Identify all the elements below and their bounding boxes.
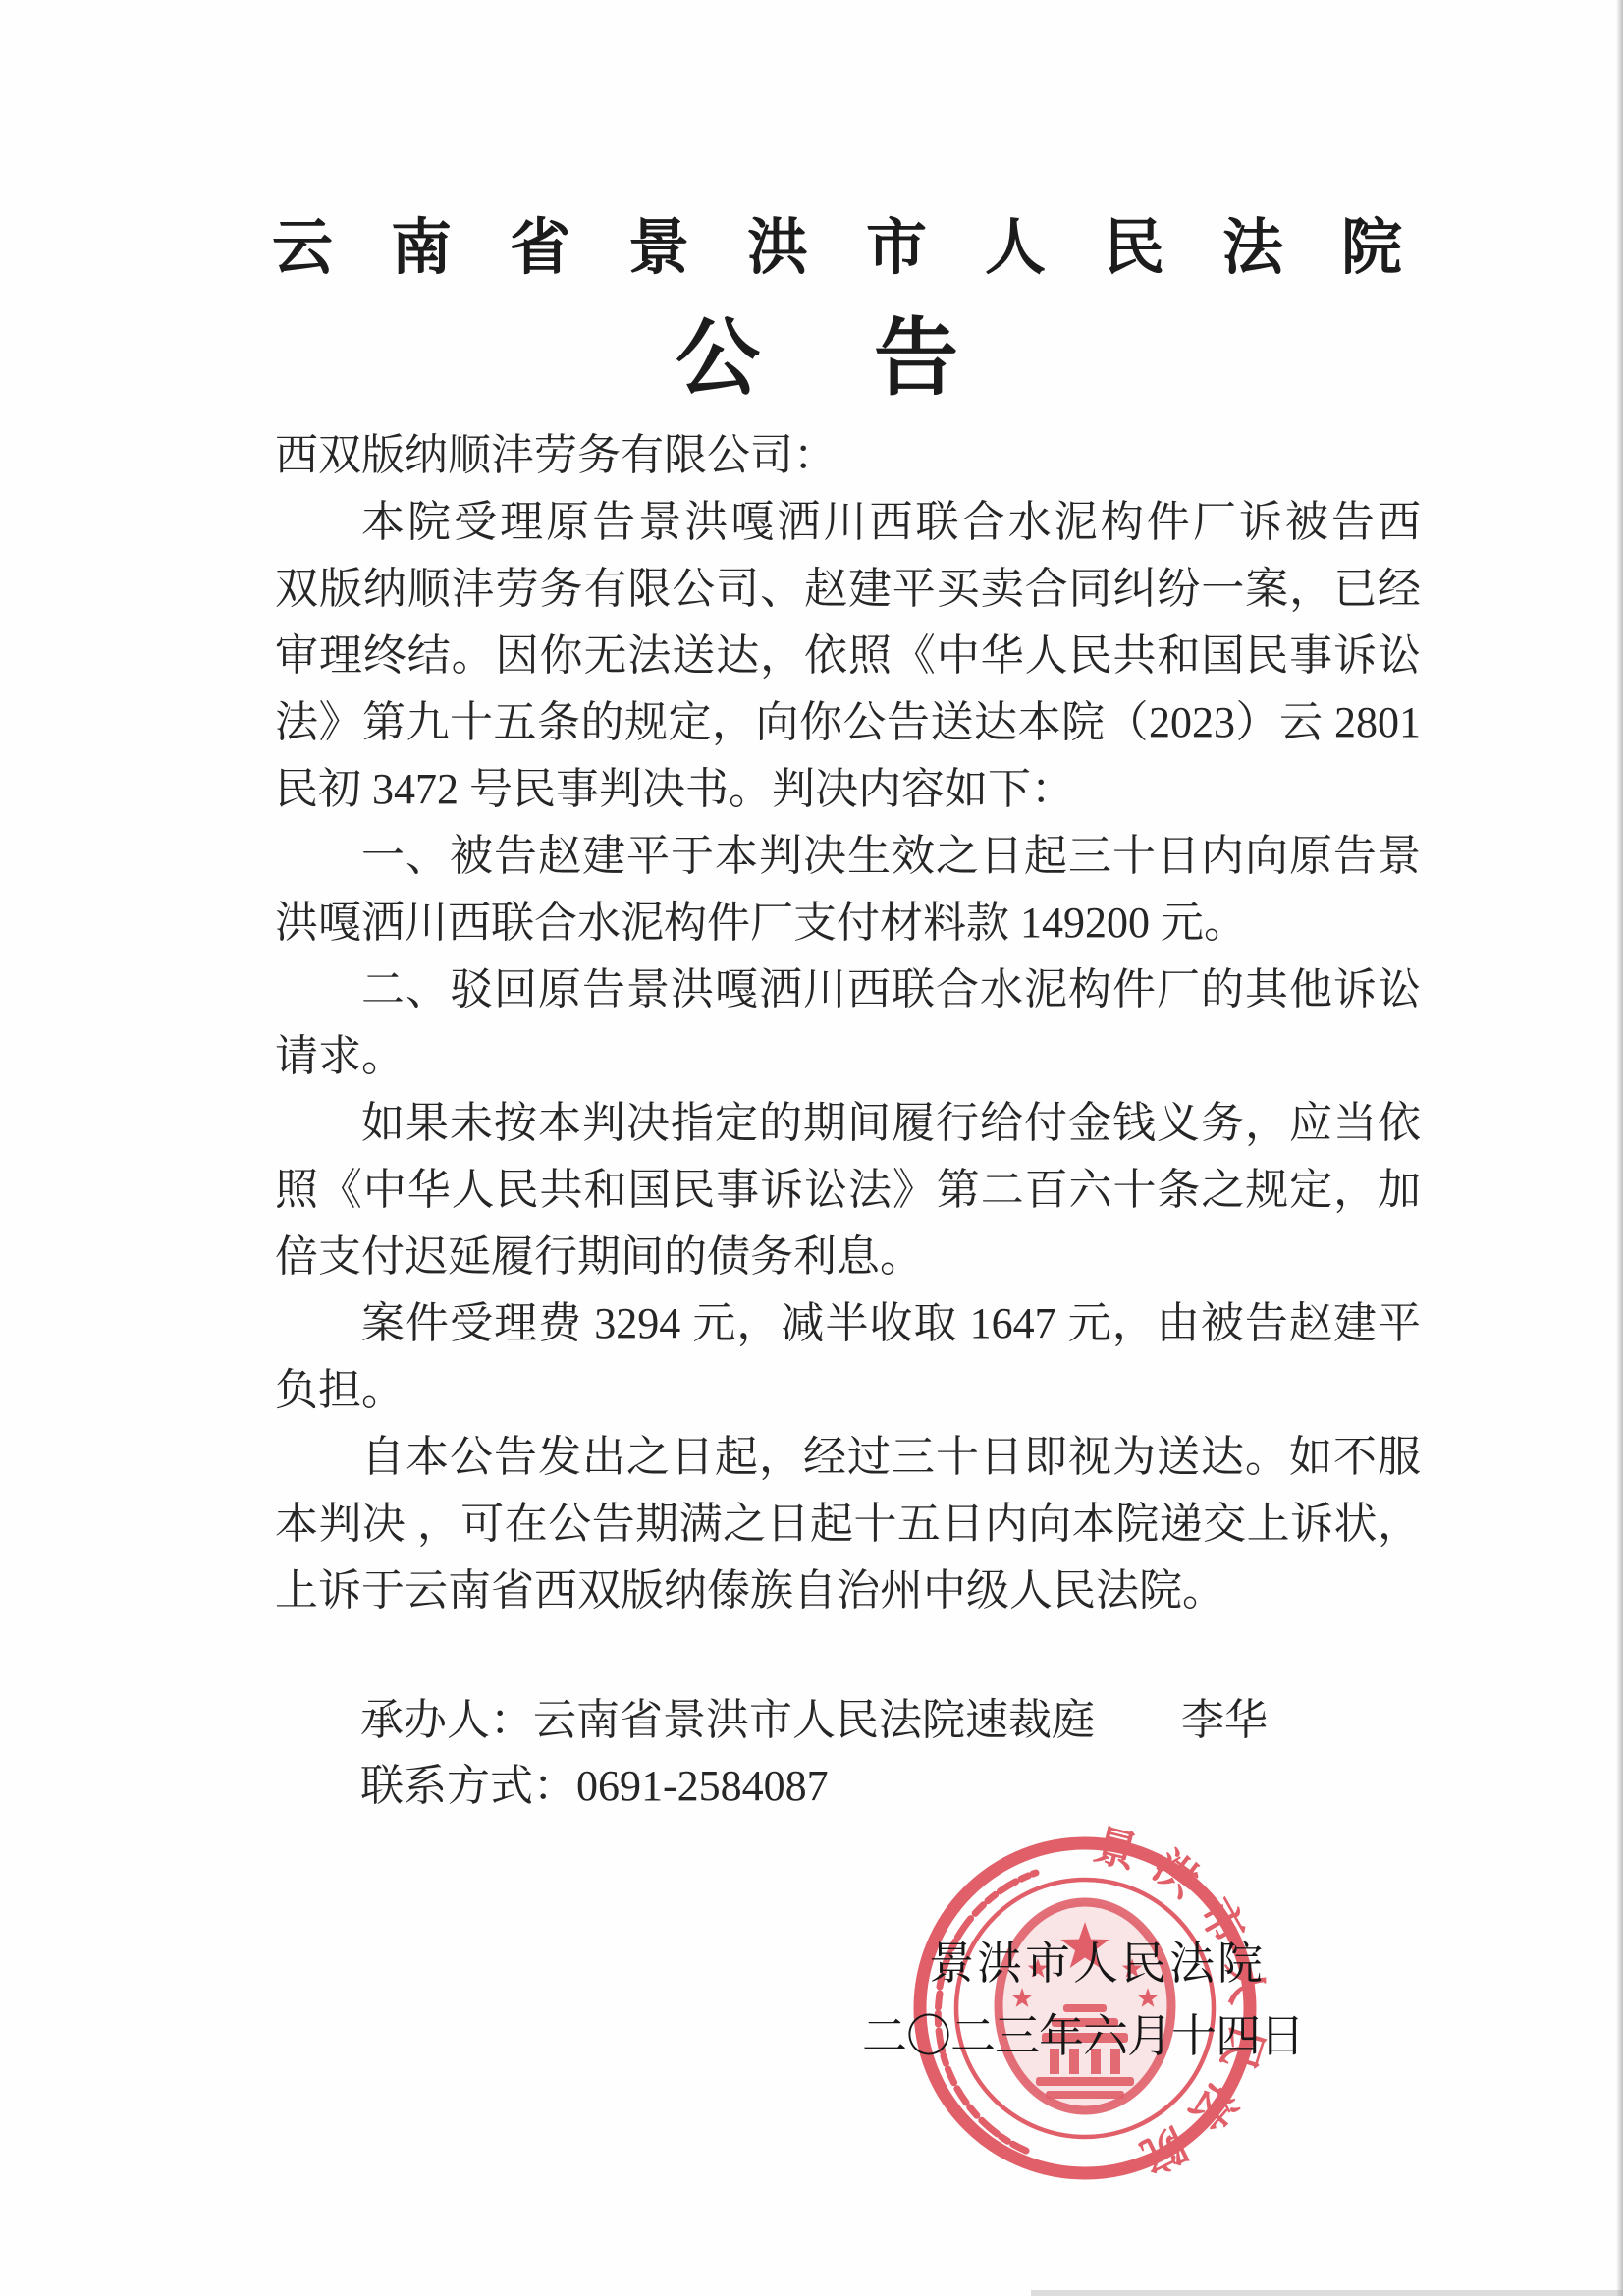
handler-line: 承办人：云南省景洪市人民法院速裁庭 李华	[360, 1687, 1268, 1753]
scan-edge-artifact-right	[1616, 0, 1623, 2296]
body-line: 本院受理原告景洪嘎洒川西联合水泥构件厂诉被告西	[275, 489, 1421, 556]
body-line: 自本公告发出之日起，经过三十日即视为送达。如不服	[275, 1424, 1421, 1491]
body-line: 双版纳顺沣劳务有限公司、赵建平买卖合同纠纷一案，已经	[275, 556, 1421, 623]
body-line: 法》第九十五条的规定，向你公告送达本院（2023）云 2801	[275, 689, 1421, 756]
contact-line: 联系方式：0691-2584087	[360, 1753, 1268, 1819]
signature-court: 景洪市人民法院	[929, 1941, 1266, 1987]
body-line: 一、被告赵建平于本判决生效之日起三十日内向原告景	[275, 823, 1421, 890]
notice-title: 公告	[676, 316, 1072, 401]
body-line: 倍支付迟延履行期间的债务利息。	[275, 1224, 1421, 1290]
scan-edge-artifact-bottom	[1031, 2290, 1623, 2296]
body-text: 西双版纳顺沣劳务有限公司：本院受理原告景洪嘎洒川西联合水泥构件厂诉被告西双版纳顺…	[275, 422, 1421, 1624]
body-line: 案件受理费 3294 元，减半收取 1647 元，由被告赵建平	[275, 1290, 1421, 1357]
body-line: 负担。	[275, 1357, 1421, 1424]
body-line: 本判决 ，可在公告期满之日起十五日内向本院递交上诉状，	[275, 1491, 1421, 1558]
body-line: 上诉于云南省西双版纳傣族自治州中级人民法院。	[275, 1558, 1421, 1624]
scanned-court-notice-page: 云南省景洪市人民法院 公告 西双版纳顺沣劳务有限公司：本院受理原告景洪嘎洒川西联…	[0, 0, 1623, 2296]
body-line: 审理终结。因你无法送达，依照《中华人民共和国民事诉讼	[275, 623, 1421, 689]
footer-block: 承办人：云南省景洪市人民法院速裁庭 李华 联系方式：0691-2584087	[360, 1687, 1268, 1819]
body-line: 二、驳回原告景洪嘎洒川西联合水泥构件厂的其他诉讼	[275, 957, 1421, 1023]
body-line: 西双版纳顺沣劳务有限公司：	[275, 422, 1421, 489]
national-emblem-icon	[999, 1902, 1171, 2110]
court-title: 云南省景洪市人民法院	[272, 218, 1460, 279]
body-line: 请求。	[275, 1023, 1421, 1090]
signature-date: 二〇二三年六月十四日	[862, 2014, 1304, 2059]
body-line: 民初 3472 号民事判决书。判决内容如下：	[275, 756, 1421, 823]
court-seal-stamp: 景洪市人民法院	[889, 1812, 1281, 2205]
body-line: 如果未按本判决指定的期间履行给付金钱义务，应当依	[275, 1090, 1421, 1157]
body-line: 照《中华人民共和国民事诉讼法》第二百六十条之规定，加	[275, 1157, 1421, 1224]
body-line: 洪嘎洒川西联合水泥构件厂支付材料款 149200 元。	[275, 890, 1421, 957]
